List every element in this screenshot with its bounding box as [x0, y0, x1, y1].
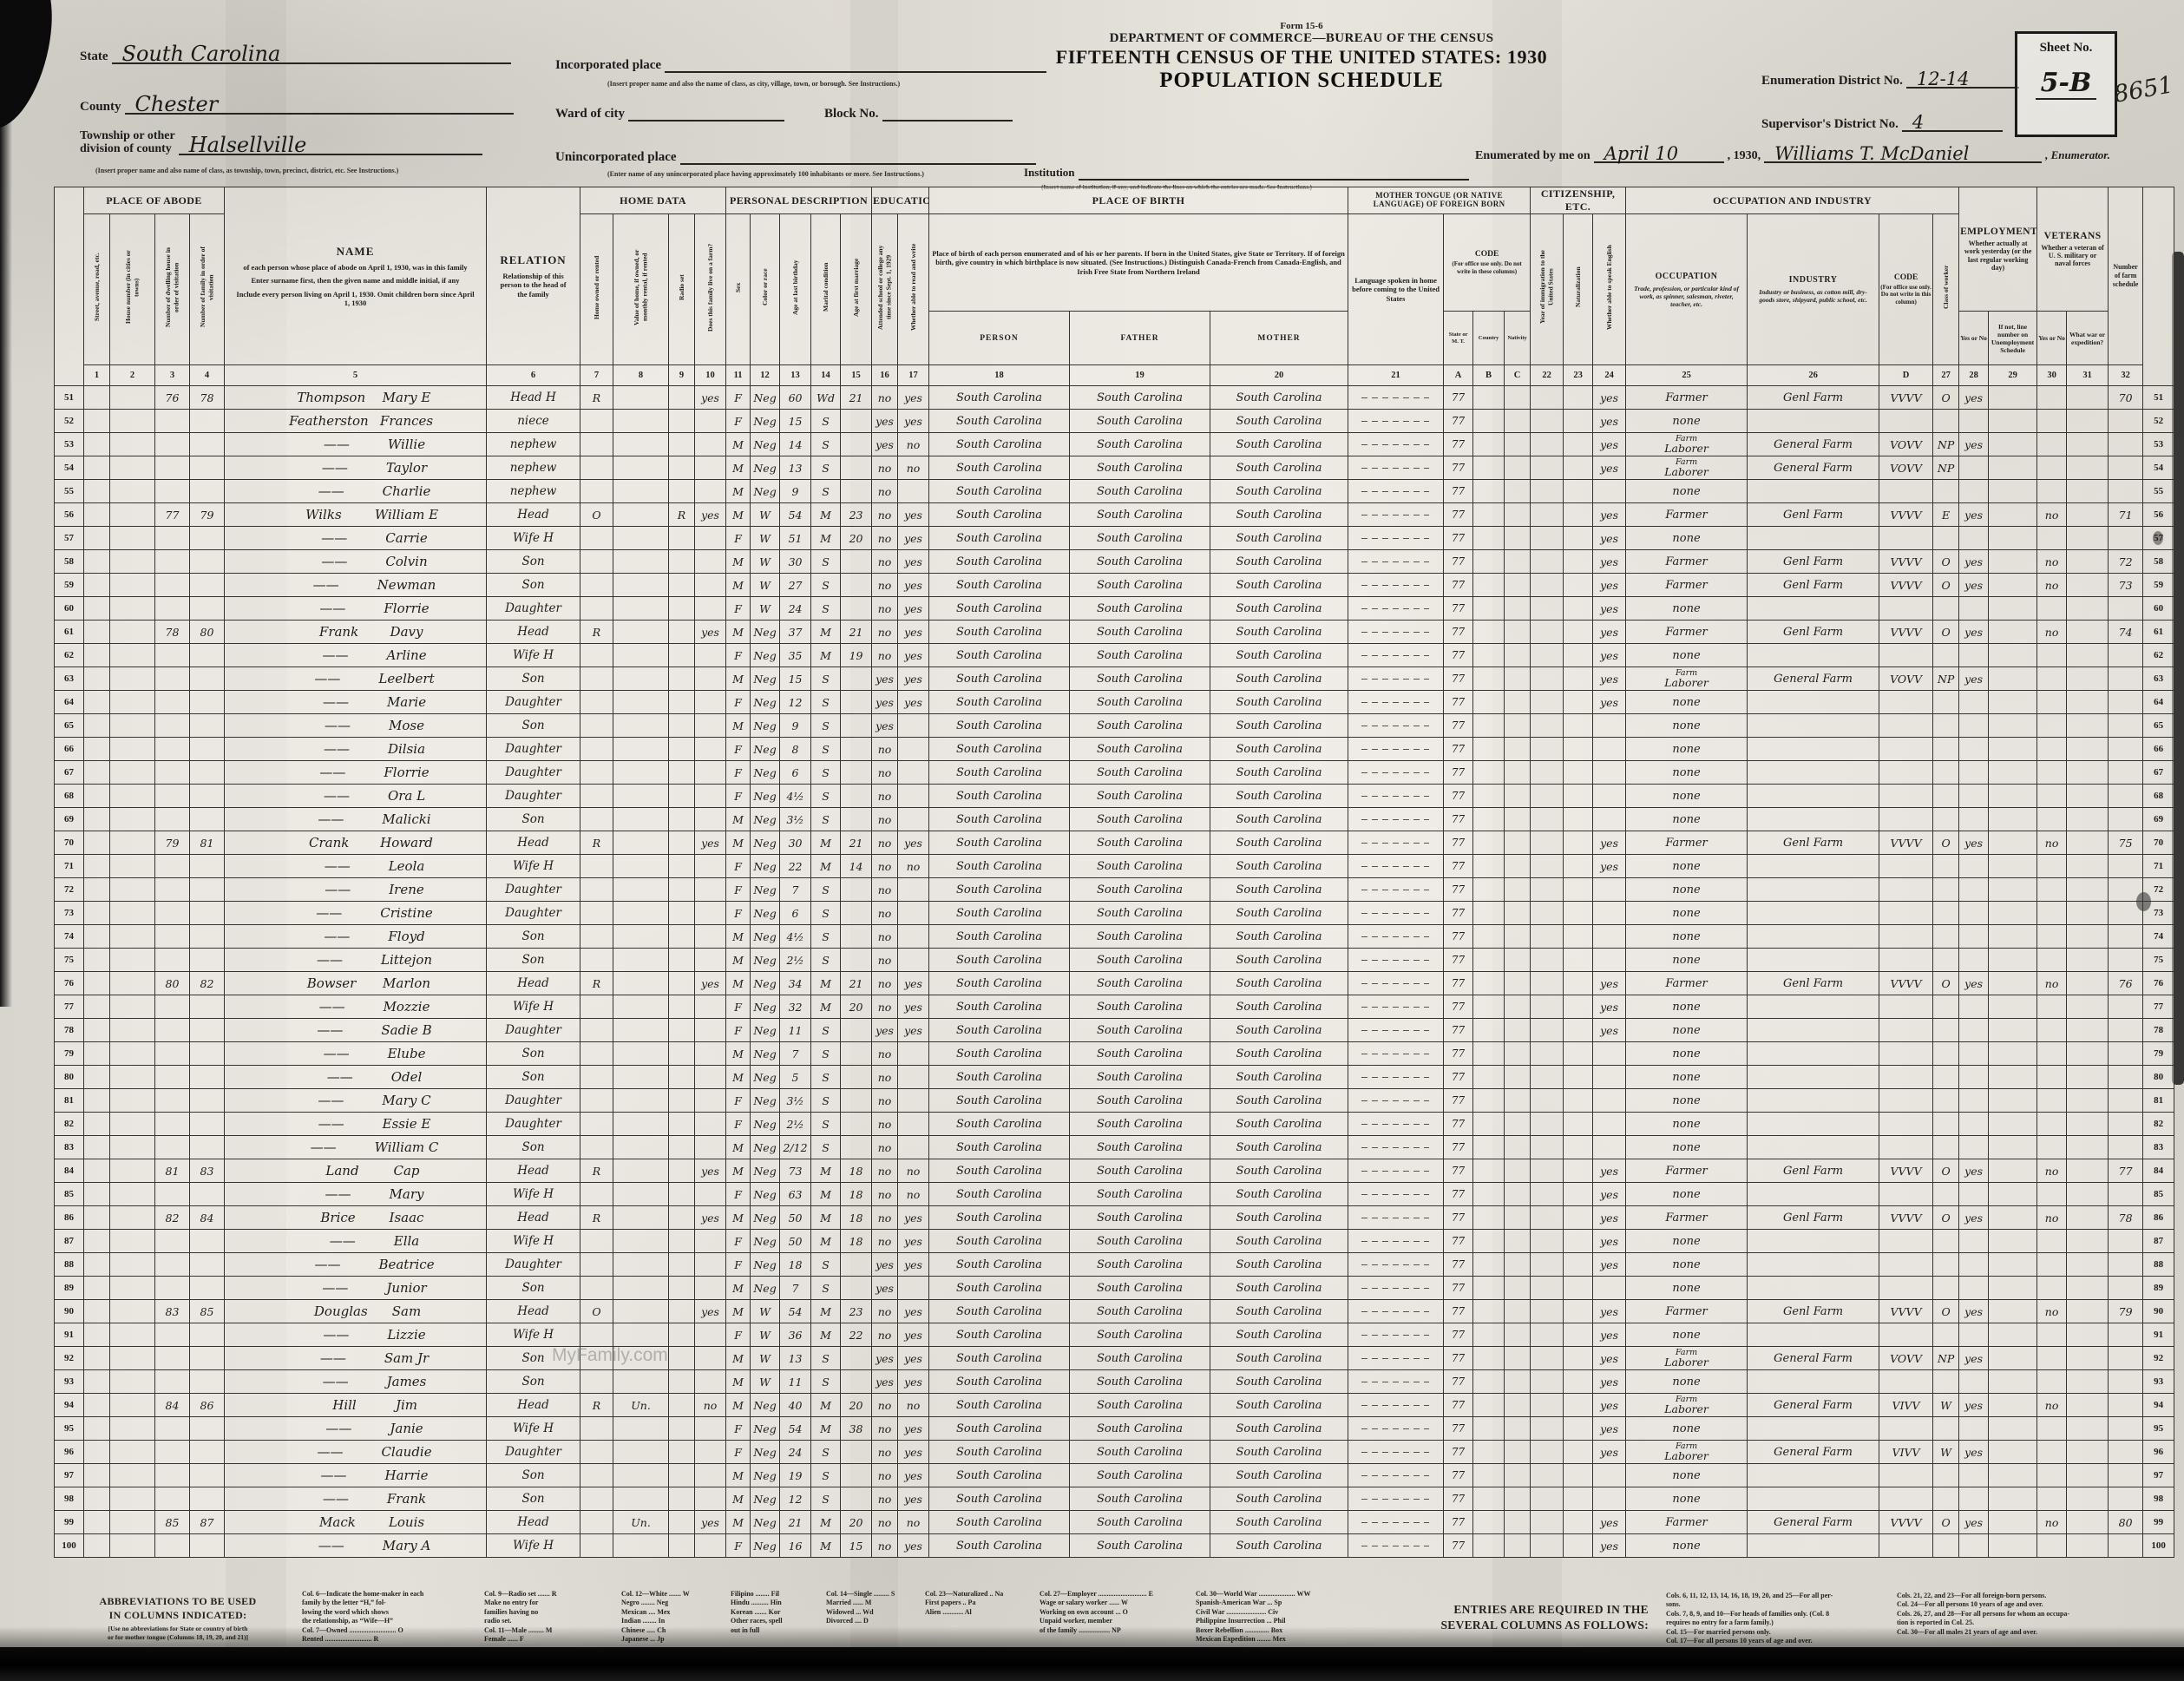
code-a-cell: 77 [1444, 878, 1473, 902]
school-cell: yes [872, 1370, 898, 1394]
mother-birthplace-cell: South Carolina [1210, 1183, 1348, 1206]
race-cell: Neg [751, 1253, 780, 1277]
home-owned-cell [580, 738, 613, 761]
street-cell [84, 1441, 110, 1464]
occupation-cell: none [1626, 1089, 1748, 1113]
war-cell [2067, 503, 2109, 527]
home-owned-cell [580, 574, 613, 597]
age-cell: 7 [780, 1277, 811, 1300]
radio-cell: R [669, 503, 695, 527]
surname: —— [282, 1468, 384, 1483]
immigration-year-cell [1531, 1441, 1564, 1464]
unemployment-line-cell [1989, 480, 2037, 503]
birthplace-cell: South Carolina [929, 386, 1070, 410]
relation-cell: Head [487, 621, 580, 644]
immigration-year-cell [1531, 691, 1564, 714]
relation-cell: Son [487, 925, 580, 949]
age-married-cell [841, 1019, 872, 1042]
home-value-cell: Un. [613, 1394, 669, 1417]
name-cell: ——Mose [225, 714, 487, 738]
at-work-cell [1959, 855, 1989, 878]
veteran-cell [2037, 1089, 2067, 1113]
home-value-cell [613, 574, 669, 597]
home-owned-cell [580, 410, 613, 433]
age-cell: 16 [780, 1534, 811, 1558]
name-cell: CrankHoward [225, 831, 487, 855]
home-value-cell [613, 925, 669, 949]
street-cell [84, 738, 110, 761]
column-number: 16 [872, 365, 898, 386]
language-cell [1348, 1323, 1444, 1347]
table-row: 100——Mary AWife HFNeg16M15noyesSouth Car… [55, 1534, 2174, 1558]
naturalization-cell [1564, 1300, 1593, 1323]
immigration-year-cell [1531, 902, 1564, 925]
code-a-cell: 77 [1444, 1159, 1473, 1183]
radio-cell [669, 1253, 695, 1277]
veteran-cell [2037, 949, 2067, 972]
farm-schedule-cell [2109, 995, 2143, 1019]
line-number: 73 [2143, 902, 2174, 925]
home-value-cell [613, 597, 669, 621]
birthplace-cell: South Carolina [929, 808, 1070, 831]
language-cell [1348, 691, 1444, 714]
race-cell: W [751, 597, 780, 621]
footer-note: Col. 23—Naturalized .. Na First papers .… [925, 1590, 1034, 1617]
father-birthplace-cell: South Carolina [1070, 550, 1210, 574]
unemployment-line-cell [1989, 574, 2037, 597]
language-cell [1348, 1370, 1444, 1394]
code-d-cell [1879, 480, 1933, 503]
age-cell: 32 [780, 995, 811, 1019]
relation-cell: Daughter [487, 691, 580, 714]
language-cell [1348, 714, 1444, 738]
form-number: Form 15-6 [937, 21, 1666, 31]
township-label: Township or other division of county [80, 130, 175, 155]
language-cell [1348, 1183, 1444, 1206]
home-value-cell [613, 855, 669, 878]
code-d-cell [1879, 1113, 1933, 1136]
family-number [190, 1136, 225, 1159]
immigration-year-cell [1531, 1487, 1564, 1511]
farm-cell [695, 597, 726, 621]
school-cell: no [872, 597, 898, 621]
father-birthplace-cell: South Carolina [1070, 738, 1210, 761]
line-number: 89 [2143, 1277, 2174, 1300]
column-number: 4 [190, 365, 225, 386]
race-cell: Neg [751, 644, 780, 667]
occupation-cell: FarmLaborer [1626, 1394, 1748, 1417]
veteran-cell [2037, 1230, 2067, 1253]
age-married-cell [841, 667, 872, 691]
immigration-year-cell [1531, 1183, 1564, 1206]
enumeration-year: , 1930, [1728, 149, 1761, 162]
speaks-english-cell: yes [1593, 550, 1626, 574]
war-cell [2067, 1089, 2109, 1113]
read-write-cell [898, 949, 929, 972]
language-cell [1348, 855, 1444, 878]
war-cell [2067, 667, 2109, 691]
scan-bottom-band [0, 1647, 2184, 1681]
code-c-cell [1505, 949, 1531, 972]
home-value-cell [613, 480, 669, 503]
family-number [190, 949, 225, 972]
header-cell: Naturalization [1564, 214, 1593, 365]
house-number-cell [110, 1206, 155, 1230]
sex-cell: F [726, 1230, 751, 1253]
home-value-cell [613, 1370, 669, 1394]
race-cell: Neg [751, 855, 780, 878]
at-work-cell [1959, 644, 1989, 667]
age-cell: 6 [780, 902, 811, 925]
industry-cell [1748, 597, 1879, 621]
birthplace-cell: South Carolina [929, 738, 1070, 761]
industry-cell [1748, 644, 1879, 667]
war-cell [2067, 1464, 2109, 1487]
block-label: Block No. [824, 107, 879, 121]
birthplace-cell: South Carolina [929, 410, 1070, 433]
given-name: Mary E [383, 390, 431, 405]
home-owned-cell [580, 1417, 613, 1441]
age-married-cell: 21 [841, 386, 872, 410]
at-work-cell [1959, 761, 1989, 785]
line-number: 61 [55, 621, 84, 644]
read-write-cell: yes [898, 527, 929, 550]
marital-cell: M [811, 1417, 841, 1441]
schedule-title: POPULATION SCHEDULE [937, 69, 1666, 93]
war-cell [2067, 597, 2109, 621]
immigration-year-cell [1531, 480, 1564, 503]
given-name: Lizzie [387, 1327, 425, 1343]
immigration-year-cell [1531, 597, 1564, 621]
house-number-cell [110, 1464, 155, 1487]
farm-schedule-cell: 75 [2109, 831, 2143, 855]
dwelling-number [155, 433, 190, 456]
father-birthplace-cell: South Carolina [1070, 1230, 1210, 1253]
code-b-cell [1473, 1066, 1505, 1089]
age-married-cell [841, 1370, 872, 1394]
code-c-cell [1505, 1417, 1531, 1441]
street-cell [84, 1042, 110, 1066]
code-a-cell: 77 [1444, 1089, 1473, 1113]
dwelling-number [155, 1417, 190, 1441]
age-married-cell: 21 [841, 972, 872, 995]
occupation-text: Laborer [1627, 466, 1746, 477]
at-work-cell: yes [1959, 831, 1989, 855]
dwelling-number: 83 [155, 1300, 190, 1323]
veteran-cell [2037, 902, 2067, 925]
farm-schedule-cell: 74 [2109, 621, 2143, 644]
naturalization-cell [1564, 1511, 1593, 1534]
code-c-cell [1505, 667, 1531, 691]
veteran-cell [2037, 878, 2067, 902]
code-c-cell [1505, 1300, 1531, 1323]
house-number-cell [110, 1370, 155, 1394]
unemployment-line-cell [1989, 644, 2037, 667]
veteran-cell [2037, 1183, 2067, 1206]
immigration-year-cell [1531, 1253, 1564, 1277]
line-number: 77 [55, 995, 84, 1019]
age-married-cell [841, 1441, 872, 1464]
sex-cell: M [726, 1159, 751, 1183]
birthplace-cell: South Carolina [929, 667, 1070, 691]
unemployment-line-cell [1989, 1534, 2037, 1558]
birthplace-cell: South Carolina [929, 456, 1070, 480]
family-number [190, 1487, 225, 1511]
birthplace-cell: South Carolina [929, 1183, 1070, 1206]
census-scan-page: { "header": { "form_no": "Form 15-6", "d… [0, 0, 2184, 1681]
code-a-cell: 77 [1444, 1511, 1473, 1534]
house-number-cell [110, 1277, 155, 1300]
naturalization-cell [1564, 1019, 1593, 1042]
house-number-cell [110, 1159, 155, 1183]
line-number: 57 [2143, 527, 2174, 550]
at-work-cell [1959, 1417, 1989, 1441]
speaks-english-cell: yes [1593, 1323, 1626, 1347]
given-name: Florrie [384, 765, 429, 780]
surname: —— [280, 1116, 383, 1132]
surname: Hill [293, 1397, 396, 1413]
line-number: 67 [2143, 761, 2174, 785]
home-owned-cell [580, 480, 613, 503]
age-married-cell [841, 574, 872, 597]
age-cell: 2½ [780, 1113, 811, 1136]
header-cell: OCCUPATION AND INDUSTRY [1626, 187, 1959, 214]
occupation-cell: FarmLaborer [1626, 433, 1748, 456]
speaks-english-cell: yes [1593, 644, 1626, 667]
given-name: Malicki [382, 811, 430, 827]
code-a-cell: 77 [1444, 995, 1473, 1019]
mother-birthplace-cell: South Carolina [1210, 667, 1348, 691]
language-cell [1348, 1159, 1444, 1183]
race-cell: Neg [751, 831, 780, 855]
mother-birthplace-cell: South Carolina [1210, 456, 1348, 480]
naturalization-cell [1564, 949, 1593, 972]
read-write-cell [898, 785, 929, 808]
home-value-cell [613, 1253, 669, 1277]
age-married-cell: 20 [841, 1394, 872, 1417]
age-married-cell [841, 597, 872, 621]
age-married-cell [841, 1277, 872, 1300]
read-write-cell: yes [898, 574, 929, 597]
read-write-cell: yes [898, 1253, 929, 1277]
relation-cell: Head [487, 503, 580, 527]
at-work-cell: yes [1959, 1206, 1989, 1230]
read-write-cell: yes [898, 1441, 929, 1464]
given-name: Davy [390, 624, 423, 640]
mother-birthplace-cell: South Carolina [1210, 1253, 1348, 1277]
birthplace-cell: South Carolina [929, 1159, 1070, 1183]
race-cell: Neg [751, 714, 780, 738]
relation-cell: Son [487, 1277, 580, 1300]
dwelling-number [155, 410, 190, 433]
farm-schedule-cell [2109, 480, 2143, 503]
relation-cell: Son [487, 1370, 580, 1394]
family-number [190, 1253, 225, 1277]
marital-cell: S [811, 925, 841, 949]
language-cell [1348, 761, 1444, 785]
birthplace-cell: South Carolina [929, 550, 1070, 574]
line-number: 71 [2143, 855, 2174, 878]
unemployment-line-cell [1989, 972, 2037, 995]
column-number: 23 [1564, 365, 1593, 386]
marital-cell: S [811, 1347, 841, 1370]
dwelling-number [155, 1441, 190, 1464]
column-number: 11 [726, 365, 751, 386]
mother-birthplace-cell: South Carolina [1210, 1300, 1348, 1323]
race-cell: Neg [751, 386, 780, 410]
father-birthplace-cell: South Carolina [1070, 1183, 1210, 1206]
birthplace-cell: South Carolina [929, 1136, 1070, 1159]
code-c-cell [1505, 1066, 1531, 1089]
occupation-cell: none [1626, 1277, 1748, 1300]
surname: —— [280, 483, 383, 499]
line-number: 86 [55, 1206, 84, 1230]
street-cell [84, 972, 110, 995]
line-number: 51 [2143, 386, 2174, 410]
code-c-cell [1505, 1230, 1531, 1253]
home-value-cell [613, 738, 669, 761]
farm-cell [695, 644, 726, 667]
school-cell: yes [872, 691, 898, 714]
read-write-cell [898, 1066, 929, 1089]
immigration-year-cell [1531, 1370, 1564, 1394]
home-owned-cell [580, 597, 613, 621]
family-number [190, 1113, 225, 1136]
industry-cell: Genl Farm [1748, 1206, 1879, 1230]
name-cell: HillJim [225, 1394, 487, 1417]
code-c-cell [1505, 1159, 1531, 1183]
home-value-cell [613, 550, 669, 574]
age-married-cell: 14 [841, 855, 872, 878]
farm-cell: yes [695, 386, 726, 410]
radio-cell [669, 410, 695, 433]
occupation-cell: none [1626, 1417, 1748, 1441]
speaks-english-cell: yes [1593, 1417, 1626, 1441]
family-number [190, 574, 225, 597]
name-cell: ——Ora L [225, 785, 487, 808]
home-value-cell [613, 456, 669, 480]
family-number [190, 1019, 225, 1042]
home-owned-cell [580, 1089, 613, 1113]
read-write-cell: yes [898, 1487, 929, 1511]
given-name: Mary A [383, 1538, 431, 1553]
code-a-cell: 77 [1444, 621, 1473, 644]
line-number: 84 [2143, 1159, 2174, 1183]
mother-birthplace-cell: South Carolina [1210, 972, 1348, 995]
age-cell: 15 [780, 410, 811, 433]
home-value-cell [613, 503, 669, 527]
radio-cell [669, 1441, 695, 1464]
street-cell [84, 386, 110, 410]
at-work-cell [1959, 1183, 1989, 1206]
line-number: 92 [2143, 1347, 2174, 1370]
immigration-year-cell [1531, 1394, 1564, 1417]
line-number: 82 [2143, 1113, 2174, 1136]
unemployment-line-cell [1989, 527, 2037, 550]
code-a-cell: 77 [1444, 1253, 1473, 1277]
speaks-english-cell [1593, 785, 1626, 808]
farm-cell [695, 1230, 726, 1253]
table-header: PLACE OF ABODENAMEof each person whose p… [55, 187, 2174, 386]
father-birthplace-cell: South Carolina [1070, 902, 1210, 925]
father-birthplace-cell: South Carolina [1070, 831, 1210, 855]
occupation-text: Laborer [1627, 443, 1746, 454]
veteran-cell [2037, 1113, 2067, 1136]
sex-cell: M [726, 1042, 751, 1066]
mother-birthplace-cell: South Carolina [1210, 808, 1348, 831]
supervisor-district-value: 4 [1902, 115, 2003, 132]
read-write-cell: yes [898, 1206, 929, 1230]
dwelling-number [155, 714, 190, 738]
county-label: County [80, 100, 121, 114]
birthplace-cell: South Carolina [929, 1113, 1070, 1136]
header-cell: Whether able to speak English [1593, 214, 1626, 365]
mother-birthplace-cell: South Carolina [1210, 621, 1348, 644]
marital-cell: M [811, 1511, 841, 1534]
read-write-cell: yes [898, 621, 929, 644]
code-c-cell [1505, 691, 1531, 714]
occupation-cell: none [1626, 714, 1748, 738]
name-cell: ——Claudie [225, 1441, 487, 1464]
code-c-cell [1505, 902, 1531, 925]
at-work-cell [1959, 1534, 1989, 1558]
race-cell: Neg [751, 410, 780, 433]
table-row: 79——ElubeSonMNeg7SnoSouth CarolinaSouth … [55, 1042, 2174, 1066]
father-birthplace-cell: South Carolina [1070, 433, 1210, 456]
street-cell [84, 597, 110, 621]
name-cell: ——Arline [225, 644, 487, 667]
sex-cell: M [726, 550, 751, 574]
naturalization-cell [1564, 386, 1593, 410]
code-a-cell: 77 [1444, 480, 1473, 503]
code-a-cell: 77 [1444, 831, 1473, 855]
given-name: Essie E [383, 1116, 431, 1132]
code-d-cell: VOVV [1879, 433, 1933, 456]
farm-schedule-cell [2109, 456, 2143, 480]
field-enumerated-by: Enumerated by me on April 10 , 1930, Wil… [1475, 146, 2110, 163]
supervisor-district-label: Supervisor's District No. [1761, 117, 1899, 131]
industry-cell [1748, 480, 1879, 503]
veteran-cell [2037, 1042, 2067, 1066]
unemployment-line-cell [1989, 1277, 2037, 1300]
school-cell: no [872, 831, 898, 855]
header-cell: Attended school or college any time sinc… [872, 214, 898, 365]
code-d-cell [1879, 925, 1933, 949]
farm-cell [695, 667, 726, 691]
farm-schedule-cell [2109, 667, 2143, 691]
line-number: 64 [55, 691, 84, 714]
occupation-text: Laborer [1627, 1403, 1746, 1415]
code-a-cell: 77 [1444, 808, 1473, 831]
industry-cell [1748, 1230, 1879, 1253]
code-c-cell [1505, 995, 1531, 1019]
school-cell: yes [872, 433, 898, 456]
read-write-cell: no [898, 433, 929, 456]
family-number [190, 1066, 225, 1089]
father-birthplace-cell: South Carolina [1070, 1370, 1210, 1394]
code-b-cell [1473, 1534, 1505, 1558]
age-married-cell [841, 433, 872, 456]
race-cell: Neg [751, 1487, 780, 1511]
worker-class-cell: NP [1933, 433, 1959, 456]
industry-cell [1748, 925, 1879, 949]
age-cell: 19 [780, 1464, 811, 1487]
read-write-cell: no [898, 1511, 929, 1534]
age-cell: 50 [780, 1230, 811, 1253]
unemployment-line-cell [1989, 1253, 2037, 1277]
code-c-cell [1505, 855, 1531, 878]
worker-class-cell [1933, 644, 1959, 667]
